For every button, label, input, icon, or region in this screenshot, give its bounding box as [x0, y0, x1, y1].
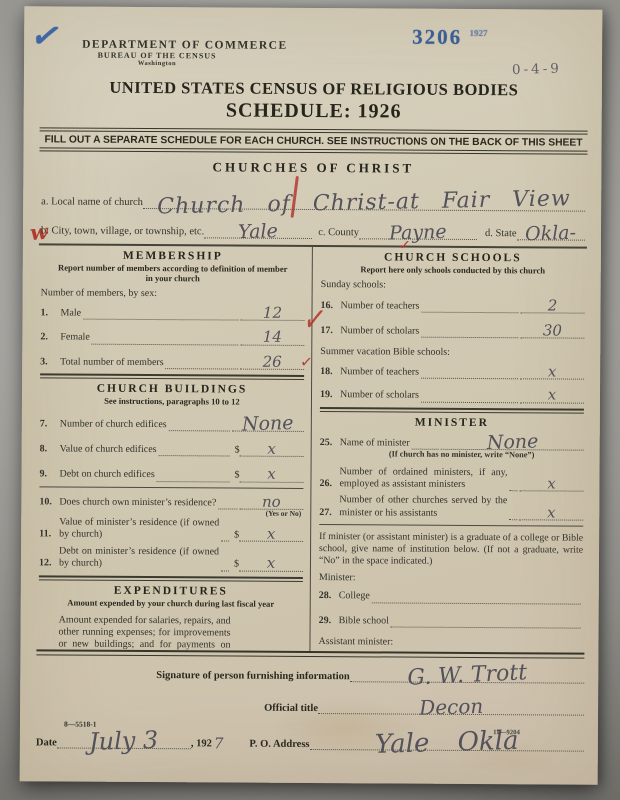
field-local-name-label: a. Local name of church [41, 196, 143, 209]
question-26: 26. Number of ordained ministers, if any… [319, 466, 583, 492]
question-26-value: x [547, 479, 556, 490]
question-7-value: None [242, 417, 294, 432]
sunday-schools-group: Sunday schools: [321, 279, 585, 292]
question-12-number: 12. [39, 558, 59, 570]
question-2-label: Female [60, 332, 90, 344]
left-column: MEMBERSHIP Report number of members acco… [36, 245, 312, 651]
bureau-city: Washington [82, 60, 232, 68]
question-25: 25. Name of minister None [320, 432, 584, 451]
question-7-number: 7. [40, 418, 60, 430]
buildings-subtitle: See instructions, paragraphs 10 to 12 [40, 395, 304, 407]
question-28-number: 28. [319, 590, 339, 602]
po-address-label: P. O. Address [249, 738, 309, 749]
question-19-value: x [548, 390, 557, 401]
question-1-value: 12 [263, 308, 282, 319]
main-title: UNITED STATES CENSUS OF RELIGIOUS BODIES [40, 77, 588, 100]
question-2-value: 14 [263, 332, 282, 343]
vacation-schools-group: Summer vacation Bible schools: [320, 346, 584, 359]
question-3-value: 26 [263, 356, 282, 367]
question-11-value: x [267, 529, 276, 540]
agency-header: DEPARTMENT OF COMMERCE BUREAU OF THE CEN… [82, 39, 588, 71]
question-29-number: 29. [319, 615, 339, 627]
schools-subtitle: Report here only schools conducted by th… [321, 264, 585, 276]
question-16: 16. Number of teachers 2 [321, 297, 585, 314]
membership-intro: Number of members, by sex: [41, 288, 305, 301]
minister-group: Minister: [319, 572, 583, 585]
field-state-label: d. State [485, 228, 517, 240]
question-18-number: 18. [320, 366, 340, 378]
section-divider [39, 486, 303, 489]
question-13: 13. Amount expended for salaries, repair… [38, 614, 302, 652]
question-8: 8. Value of church edifices $ x [40, 441, 304, 458]
question-9-label: Debt on church edifices [59, 469, 154, 482]
question-28-label: College [339, 591, 370, 603]
signature-label: Signature of person furnishing informati… [156, 670, 350, 682]
expenditures-subtitle: Amount expended by your church during la… [39, 597, 303, 609]
official-title-value: Decon [419, 699, 483, 715]
document-paper: ✓ 3206 1927 0-4-9 w DEPARTMENT OF COMMER… [20, 6, 603, 785]
question-16-label: Number of teachers [341, 300, 420, 313]
expenditures-title: EXPENDITURES [39, 584, 303, 598]
question-7: 7. Number of church edifices None [40, 413, 304, 432]
question-25-label: Name of minister [340, 437, 410, 450]
question-1-number: 1. [40, 308, 60, 320]
question-11-label: Value of minister’s residence (if owned … [59, 516, 219, 541]
question-27: 27. Number of other churches served by t… [319, 494, 583, 520]
field-city-label: b. City, town, village, or township, etc… [41, 225, 204, 238]
field-local-name: a. Local name of church Church of Christ… [41, 190, 585, 211]
question-18-label: Number of teachers [340, 366, 419, 379]
question-12: 12. Debt on minister’s residence (if own… [39, 546, 303, 572]
question-17-value: 30 [543, 325, 562, 336]
denomination-heading: CHURCHES OF CHRIST [39, 158, 587, 177]
membership-subtitle: Report number of members according to de… [58, 262, 288, 284]
year-written: 7 [214, 738, 224, 749]
question-3-number: 3. [40, 356, 60, 368]
question-1-label: Male [60, 308, 81, 320]
question-25-value: None [486, 435, 538, 450]
signature-row: Signature of person furnishing informati… [36, 662, 584, 683]
question-18: 18. Number of teachers x [320, 363, 584, 380]
question-17-label: Number of scholars [340, 325, 419, 338]
date-label: Date [36, 737, 57, 748]
question-10-value: no [262, 496, 281, 507]
question-3: 3. Total number of members 26 ✓ [40, 353, 304, 370]
red-checkmark: ✓ [399, 237, 412, 254]
question-25-note: (If church has no minister, write “None”… [340, 449, 584, 460]
question-11-number: 11. [39, 528, 59, 540]
question-10: 10. Does church own minister’s residence… [39, 493, 303, 510]
field-location: b. City, town, village, or township, etc… [41, 221, 585, 240]
question-3-label: Total number of members [60, 356, 164, 369]
field-local-name-value: Church of Christ-at Fair View [157, 191, 571, 215]
minister-title: MINISTER [320, 416, 584, 430]
question-29: 29. Bible school [319, 615, 583, 629]
section-divider [39, 575, 303, 582]
instruction-banner: FILL OUT A SEPARATE SCHEDULE FOR EACH CH… [39, 127, 587, 154]
question-2-number: 2. [40, 332, 60, 344]
question-9: 9. Debt on church edifices $ x [39, 466, 303, 483]
question-9-value: x [267, 469, 276, 480]
question-27-label: Number of other churches served by the m… [339, 495, 507, 520]
schedule-title: SCHEDULE: 1926 [40, 98, 588, 124]
question-8-number: 8. [40, 444, 60, 456]
question-26-label: Number of ordained ministers, if any, em… [339, 466, 507, 491]
question-19-number: 19. [320, 390, 340, 402]
form-number: 8—5518-1 [64, 719, 97, 728]
schools-title: CHURCH SCHOOLS [321, 251, 585, 265]
question-25-number: 25. [320, 437, 340, 449]
question-10-number: 10. [39, 496, 59, 508]
field-county-value: Payne [389, 225, 447, 240]
question-19: 19. Number of scholars x [320, 387, 584, 404]
question-16-value: 2 [548, 300, 558, 311]
question-1: 1. Male 12 [40, 305, 304, 322]
question-11: 11. Value of minister’s residence (if ow… [39, 516, 303, 542]
question-2: 2. Female 14 [40, 329, 304, 346]
question-13-label: Amount expended for salaries, repairs, a… [58, 614, 230, 652]
field-city-value: Yale [238, 225, 278, 239]
assistant-minister-group: Assistant minister: [318, 636, 582, 649]
question-27-number: 27. [319, 507, 339, 519]
form-columns: MEMBERSHIP Report number of members acco… [36, 243, 586, 652]
print-code: 11—9204 [493, 729, 520, 736]
question-9-number: 9. [39, 469, 59, 481]
signature-value: G. W. Trott [407, 665, 527, 686]
question-7-label: Number of church edifices [60, 419, 167, 432]
question-26-number: 26. [319, 478, 339, 490]
yes-or-no-note: (Yes or No) [266, 509, 302, 518]
field-county-label: c. County [318, 227, 359, 239]
question-8-value: x [267, 444, 276, 455]
question-29-label: Bible school [339, 615, 389, 627]
bureau-name: BUREAU OF THE CENSUS [82, 51, 232, 61]
field-state-value: Okla- [525, 226, 576, 241]
section-divider [40, 373, 304, 380]
red-checkmark: ✓ [300, 353, 314, 372]
buildings-title: CHURCH BUILDINGS [40, 382, 304, 396]
question-19-label: Number of scholars [340, 390, 419, 403]
question-10-label: Does church own minister’s residence? [59, 496, 216, 509]
footer: Signature of person furnishing informati… [36, 662, 585, 751]
graduate-note: If minister (or assistant minister) is a… [319, 531, 583, 569]
official-title-row: Official title Decon [36, 694, 584, 715]
question-17: ✓ 17. Number of scholars 30 [320, 322, 584, 339]
official-title-label: Official title [264, 702, 318, 713]
section-divider [319, 524, 583, 527]
right-column: CHURCH SCHOOLS Report here only schools … [310, 247, 586, 653]
question-28: 28. College [319, 590, 583, 604]
question-12-label: Debt on minister’s residence (if owned b… [59, 546, 219, 571]
year-printed: , 192 [191, 738, 212, 749]
question-18-value: x [548, 367, 557, 378]
question-12-value: x [267, 558, 276, 569]
question-27-value: x [547, 507, 556, 518]
question-8-label: Value of church edifices [60, 444, 157, 457]
section-divider [320, 407, 584, 414]
membership-title: MEMBERSHIP [41, 249, 305, 263]
date-value: July 3 [89, 731, 159, 750]
